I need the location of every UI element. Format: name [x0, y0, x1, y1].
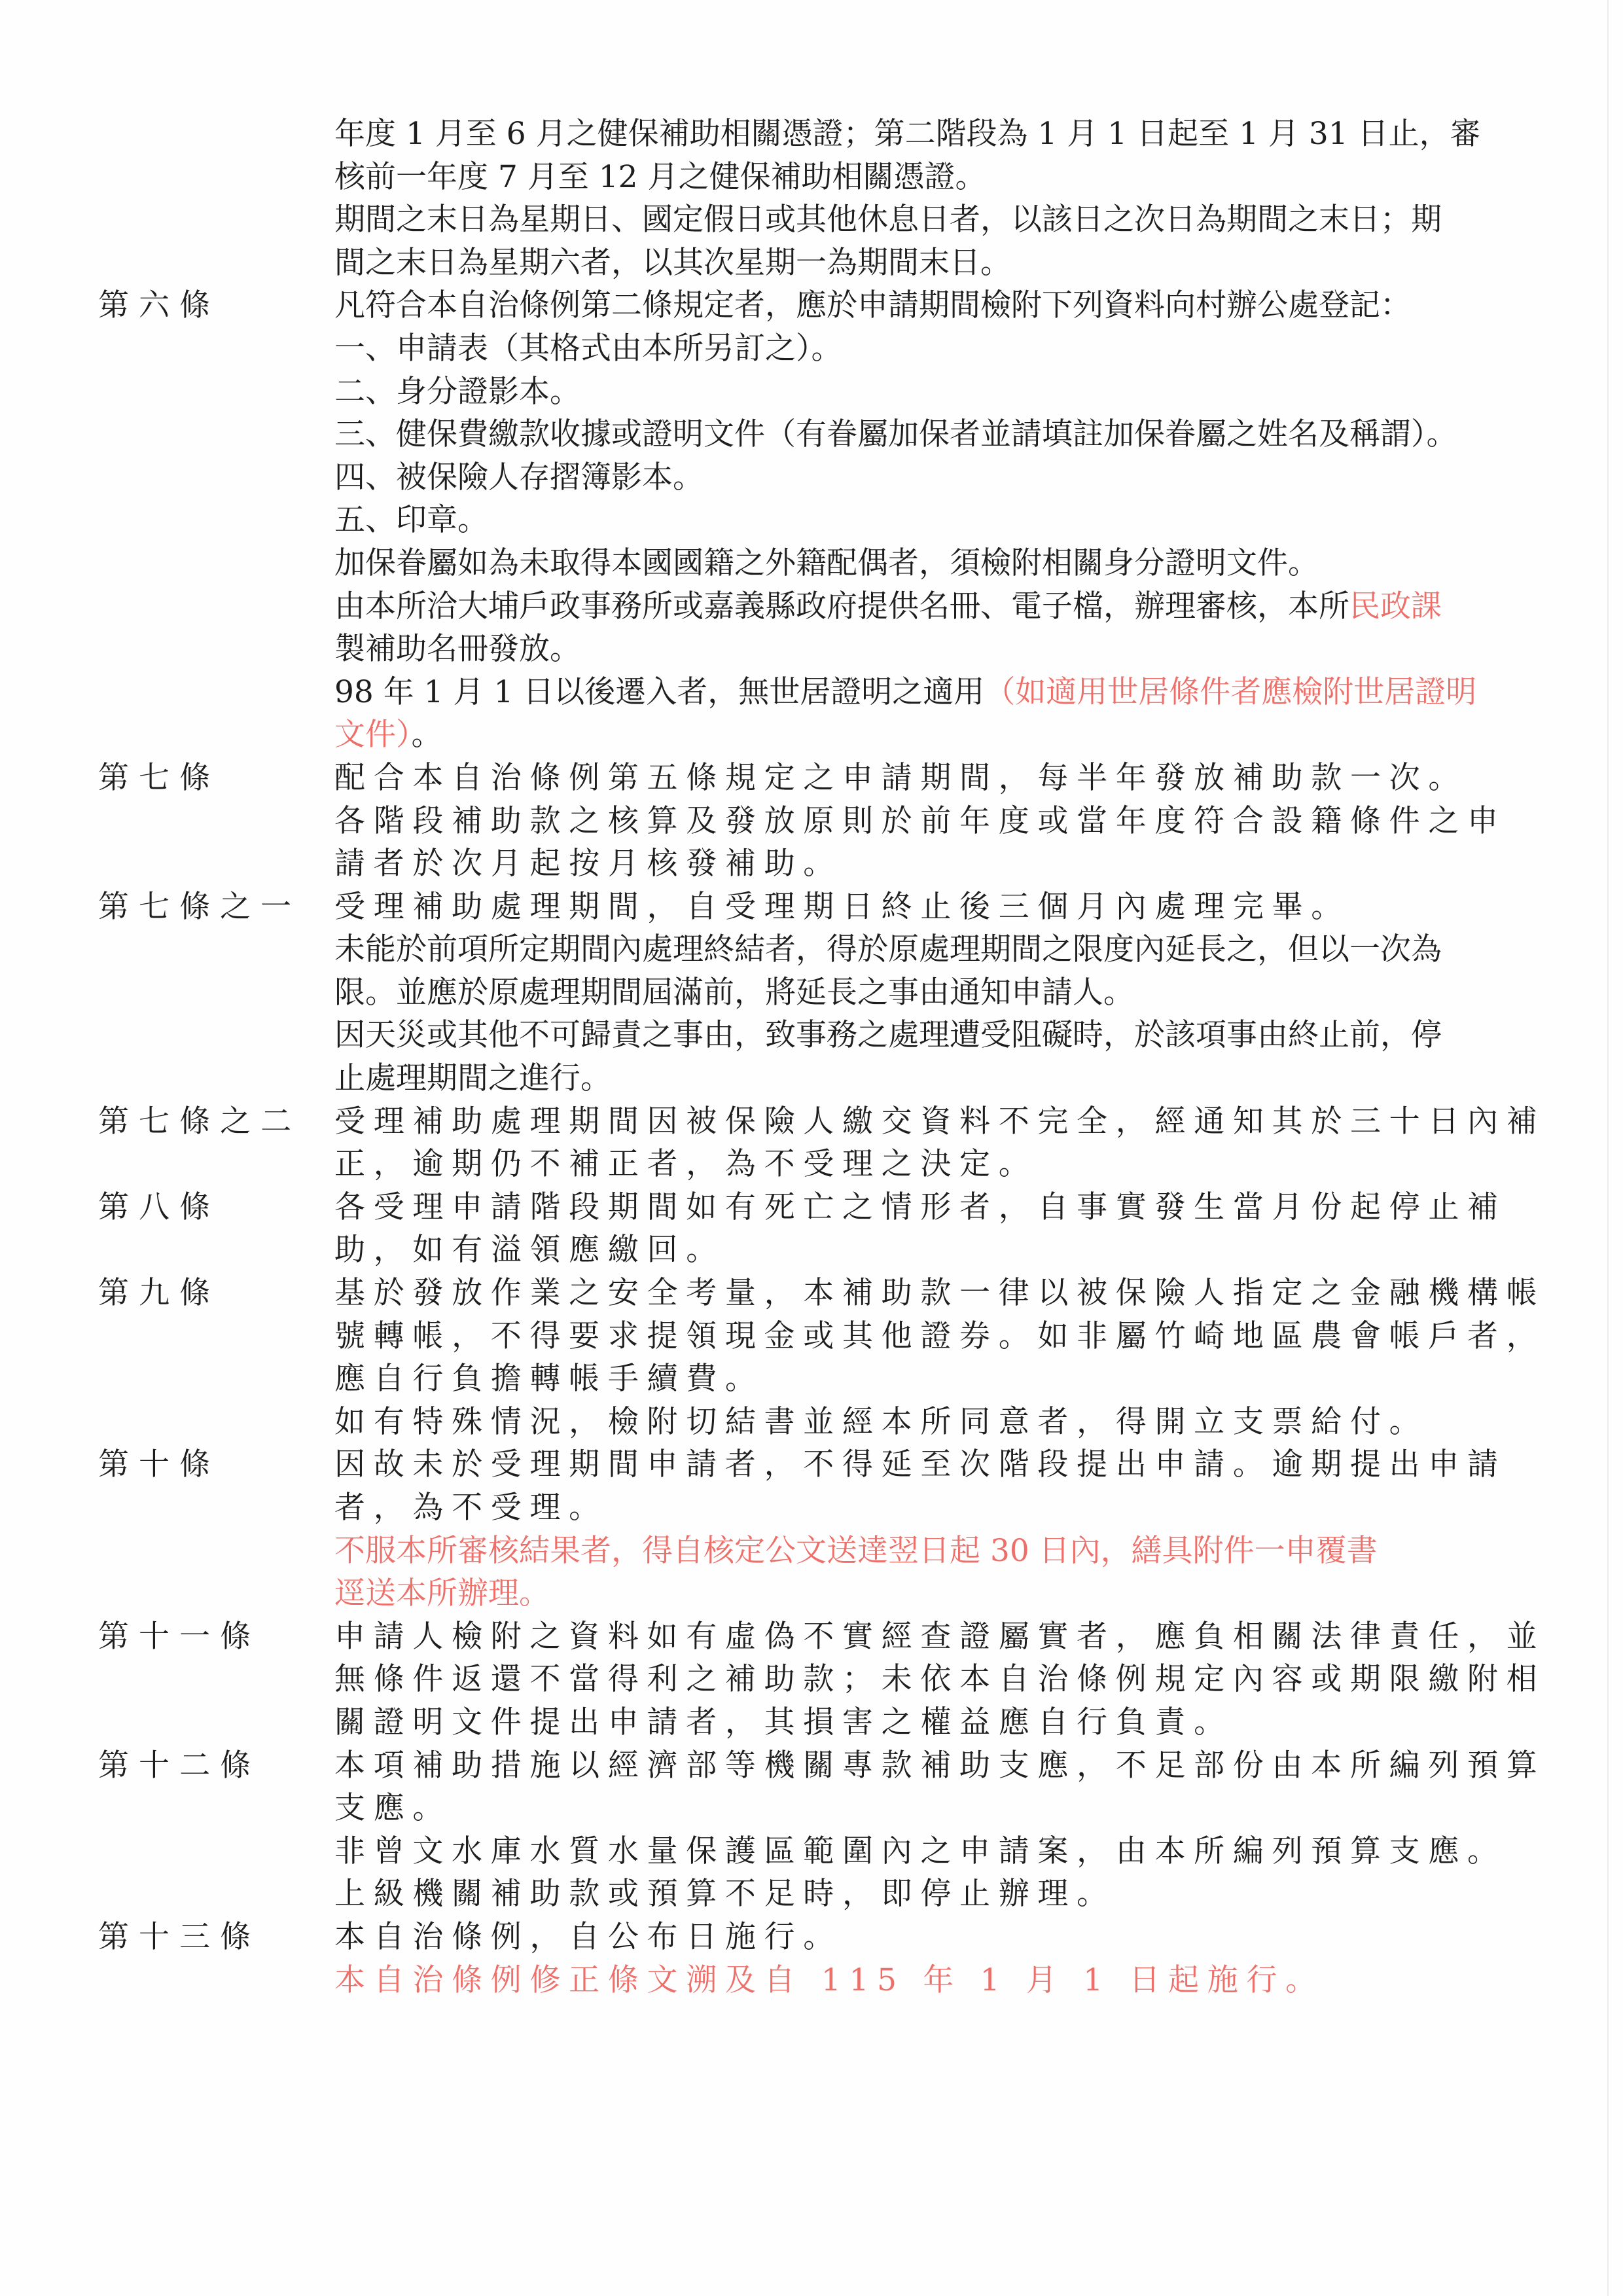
- line-text: 三、健保費繳款收據或證明文件（有眷屬加保者並請填註加保眷屬之姓名及稱謂）。: [334, 413, 1457, 456]
- line-text: 一、申請表（其格式由本所另訂之）。: [334, 327, 842, 370]
- text-line: 本自治條例修正條文溯及自 115 年 1 月 1 日起施行。: [0, 1959, 1623, 2002]
- line-text: 年度 1 月至 6 月之健保補助相關憑證；第二階段為 1 月 1 日起至 1 月…: [334, 113, 1481, 156]
- line-text: 止處理期間之進行。: [334, 1057, 611, 1100]
- amended-text-segment: 逕送本所辦理。: [334, 1575, 550, 1611]
- line-text: 申請人檢附之資料如有虛偽不實經查證屬實者，應負相關法律責任，並: [334, 1615, 1545, 1659]
- line-text: 因故未於受理期間申請者，不得延至次階段提出申請。逾期提出申請: [334, 1443, 1507, 1486]
- line-text: 二、身分證影本。: [334, 370, 580, 414]
- text-line: 未能於前項所定期間內處理終結者，得於原處理期間之限度內延長之，但以一次為: [0, 928, 1623, 971]
- line-text: 各階段補助款之核算及發放原則於前年度或當年度符合設籍條件之申: [334, 800, 1507, 843]
- article-number: 第八條: [98, 1186, 220, 1229]
- text-line: 五、印章。: [0, 499, 1623, 542]
- text-line: 第十二條本項補助措施以經濟部等機關專款補助支應，不足部份由本所編列預算: [0, 1744, 1623, 1787]
- amended-text-segment: 本自治條例修正條文溯及自 115 年 1 月 1 日起施行。: [334, 1962, 1325, 1998]
- text-segment: 關證明文件提出申請者，其損害之權益應自行負責。: [334, 1704, 1233, 1740]
- line-text: 受理補助處理期間，自受理期日終止後三個月內處理完畢。: [334, 886, 1350, 929]
- text-line: 非曾文水庫水質水量保護區範圍內之申請案，由本所編列預算支應。: [0, 1830, 1623, 1873]
- text-segment: 間之末日為星期六者，以其次星期一為期間末日。: [334, 245, 1011, 281]
- text-line: 第九條基於發放作業之安全考量，本補助款一律以被保險人指定之金融機構帳: [0, 1272, 1623, 1315]
- text-line: 年度 1 月至 6 月之健保補助相關憑證；第二階段為 1 月 1 日起至 1 月…: [0, 113, 1623, 156]
- line-text: 請者於次月起按月核發補助。: [334, 842, 842, 886]
- article-number: 第九條: [98, 1272, 220, 1315]
- amended-text-segment: 不服本所審核結果者，得自核定公文送達翌日起 30 日內，繕具附件一申覆書: [334, 1533, 1378, 1569]
- line-text: 受理補助處理期間因被保險人繳交資料不完全，經通知其於三十日內補: [334, 1100, 1545, 1143]
- line-text: 支應。: [334, 1787, 452, 1830]
- text-line: 止處理期間之進行。: [0, 1057, 1623, 1100]
- line-text: 正，逾期仍不補正者，為不受理之決定。: [334, 1143, 1037, 1186]
- amended-text-segment: 文件）: [334, 717, 412, 753]
- text-line: 第十三條本自治條例，自公布日施行。: [0, 1916, 1623, 1959]
- article-number: 第十一條: [98, 1615, 260, 1659]
- text-segment: 助，如有溢領應繳回。: [334, 1232, 725, 1268]
- text-segment: 因故未於受理期間申請者，不得延至次階段提出申請。逾期提出申請: [334, 1446, 1507, 1482]
- text-segment: 由本所洽大埔戶政事務所或嘉義縣政府提供名冊、電子檔，辦理審核，本所: [334, 588, 1349, 624]
- text-line: 間之末日為星期六者，以其次星期一為期間末日。: [0, 242, 1623, 285]
- text-segment: 各受理申請階段期間如有死亡之情形者，自事實發生當月份起停止補: [334, 1189, 1507, 1225]
- text-line: 二、身分證影本。: [0, 370, 1623, 414]
- text-line: 四、被保險人存摺簿影本。: [0, 456, 1623, 499]
- line-text: 間之末日為星期六者，以其次星期一為期間末日。: [334, 242, 1011, 285]
- amended-text-segment: 民政課: [1349, 588, 1442, 624]
- text-line: 期間之末日為星期日、國定假日或其他休息日者，以該日之次日為期間之末日；期: [0, 198, 1623, 242]
- text-segment: 本項補助措施以經濟部等機關專款補助支應，不足部份由本所編列預算: [334, 1748, 1545, 1784]
- text-segment: 如有特殊情況，檢附切結書並經本所同意者，得開立支票給付。: [334, 1404, 1428, 1440]
- text-line: 不服本所審核結果者，得自核定公文送達翌日起 30 日內，繕具附件一申覆書: [0, 1530, 1623, 1573]
- line-text: 限。並應於原處理期間屆滿前，將延長之事由通知申請人。: [334, 971, 1134, 1014]
- article-number: 第六條: [98, 284, 220, 327]
- text-segment: 無條件返還不當得利之補助款；未依本自治條例規定內容或期限繳附相: [334, 1661, 1545, 1697]
- article-number: 第十條: [98, 1443, 220, 1486]
- text-segment: 期間之末日為星期日、國定假日或其他休息日者，以該日之次日為期間之末日；期: [334, 202, 1442, 238]
- text-segment: 未能於前項所定期間內處理終結者，得於原處理期間之限度內延長之，但以一次為: [334, 931, 1442, 967]
- text-segment: 非曾文水庫水質水量保護區範圍內之申請案，由本所編列預算支應。: [334, 1833, 1507, 1869]
- text-segment: 請者於次月起按月核發補助。: [334, 846, 842, 882]
- text-line: 逕送本所辦理。: [0, 1572, 1623, 1615]
- text-segment: 因天災或其他不可歸責之事由，致事務之處理遭受阻礙時，於該項事由終止前，停: [334, 1017, 1442, 1053]
- text-line: 助，如有溢領應繳回。: [0, 1229, 1623, 1272]
- line-text: 本自治條例，自公布日施行。: [334, 1916, 842, 1959]
- text-segment: 98 年 1 月 1 日以後遷入者，無世居證明之適用: [334, 674, 984, 710]
- text-line: 第十一條申請人檢附之資料如有虛偽不實經查證屬實者，應負相關法律責任，並: [0, 1615, 1623, 1659]
- line-text: 凡符合本自治條例第二條規定者，應於申請期間檢附下列資料向村辦公處登記：: [334, 284, 1411, 327]
- line-text: 不服本所審核結果者，得自核定公文送達翌日起 30 日內，繕具附件一申覆書: [334, 1530, 1378, 1573]
- text-line: 製補助名冊發放。: [0, 628, 1623, 671]
- article-number: 第七條之二: [98, 1100, 301, 1143]
- text-segment: 者，為不受理。: [334, 1490, 608, 1526]
- text-line: 核前一年度 7 月至 12 月之健保補助相關憑證。: [0, 156, 1623, 199]
- text-segment: 製補助名冊發放。: [334, 631, 580, 667]
- text-line: 第六條凡符合本自治條例第二條規定者，應於申請期間檢附下列資料向村辦公處登記：: [0, 284, 1623, 327]
- line-text: 配合本自治條例第五條規定之申請期間，每半年發放補助款一次。: [334, 757, 1467, 800]
- line-text: 無條件返還不當得利之補助款；未依本自治條例規定內容或期限繳附相: [334, 1658, 1545, 1701]
- line-text: 各受理申請階段期間如有死亡之情形者，自事實發生當月份起停止補: [334, 1186, 1507, 1229]
- line-text: 98 年 1 月 1 日以後遷入者，無世居證明之適用（如適用世居條件者應檢附世居…: [334, 671, 1476, 714]
- line-text: 四、被保險人存摺簿影本。: [334, 456, 704, 499]
- text-line: 者，為不受理。: [0, 1486, 1623, 1530]
- text-segment: 支應。: [334, 1790, 452, 1826]
- text-segment: 各階段補助款之核算及發放原則於前年度或當年度符合設籍條件之申: [334, 803, 1507, 839]
- text-segment: 正，逾期仍不補正者，為不受理之決定。: [334, 1146, 1037, 1182]
- text-line: 上級機關補助款或預算不足時，即停止辦理。: [0, 1873, 1623, 1916]
- line-text: 本自治條例修正條文溯及自 115 年 1 月 1 日起施行。: [334, 1959, 1325, 2002]
- text-segment: 上級機關補助款或預算不足時，即停止辦理。: [334, 1876, 1116, 1912]
- text-line: 正，逾期仍不補正者，為不受理之決定。: [0, 1143, 1623, 1186]
- text-line: 號轉帳，不得要求提領現金或其他證券。如非屬竹崎地區農會帳戶者，: [0, 1315, 1623, 1358]
- line-text: 文件）。: [334, 713, 442, 757]
- text-segment: 本自治條例，自公布日施行。: [334, 1919, 842, 1955]
- text-segment: 核前一年度 7 月至 12 月之健保補助相關憑證。: [334, 159, 986, 195]
- line-text: 應自行負擔轉帳手續費。: [334, 1357, 764, 1401]
- text-segment: 基於發放作業之安全考量，本補助款一律以被保險人指定之金融機構帳: [334, 1275, 1545, 1311]
- text-line: 第七條配合本自治條例第五條規定之申請期間，每半年發放補助款一次。: [0, 757, 1623, 800]
- text-line: 無條件返還不當得利之補助款；未依本自治條例規定內容或期限繳附相: [0, 1658, 1623, 1701]
- text-segment: 申請人檢附之資料如有虛偽不實經查證屬實者，應負相關法律責任，並: [334, 1619, 1545, 1655]
- line-text: 核前一年度 7 月至 12 月之健保補助相關憑證。: [334, 156, 986, 199]
- text-line: 第七條之二受理補助處理期間因被保險人繳交資料不完全，經通知其於三十日內補: [0, 1100, 1623, 1143]
- line-text: 上級機關補助款或預算不足時，即停止辦理。: [334, 1873, 1116, 1916]
- line-text: 助，如有溢領應繳回。: [334, 1229, 725, 1272]
- text-segment: 五、印章。: [334, 502, 488, 538]
- text-line: 支應。: [0, 1787, 1623, 1830]
- text-line: 因天災或其他不可歸責之事由，致事務之處理遭受阻礙時，於該項事由終止前，停: [0, 1014, 1623, 1057]
- text-line: 限。並應於原處理期間屆滿前，將延長之事由通知申請人。: [0, 971, 1623, 1014]
- line-text: 製補助名冊發放。: [334, 628, 580, 671]
- text-line: 一、申請表（其格式由本所另訂之）。: [0, 327, 1623, 370]
- line-text: 非曾文水庫水質水量保護區範圍內之申請案，由本所編列預算支應。: [334, 1830, 1507, 1873]
- line-text: 期間之末日為星期日、國定假日或其他休息日者，以該日之次日為期間之末日；期: [334, 198, 1442, 242]
- line-text: 未能於前項所定期間內處理終結者，得於原處理期間之限度內延長之，但以一次為: [334, 928, 1442, 971]
- text-line: 第七條之一受理補助處理期間，自受理期日終止後三個月內處理完畢。: [0, 886, 1623, 929]
- text-segment: 號轉帳，不得要求提領現金或其他證券。如非屬竹崎地區農會帳戶者，: [334, 1318, 1545, 1354]
- line-text: 本項補助措施以經濟部等機關專款補助支應，不足部份由本所編列預算: [334, 1744, 1545, 1787]
- text-line: 請者於次月起按月核發補助。: [0, 842, 1623, 886]
- text-line: 98 年 1 月 1 日以後遷入者，無世居證明之適用（如適用世居條件者應檢附世居…: [0, 671, 1623, 714]
- article-number: 第七條: [98, 757, 220, 800]
- line-text: 逕送本所辦理。: [334, 1572, 550, 1615]
- line-text: 因天災或其他不可歸責之事由，致事務之處理遭受阻礙時，於該項事由終止前，停: [334, 1014, 1442, 1057]
- text-segment: 受理補助處理期間因被保險人繳交資料不完全，經通知其於三十日內補: [334, 1103, 1545, 1139]
- article-number: 第十二條: [98, 1744, 260, 1787]
- document-body: 年度 1 月至 6 月之健保補助相關憑證；第二階段為 1 月 1 日起至 1 月…: [0, 113, 1623, 2001]
- text-line: 第八條各受理申請階段期間如有死亡之情形者，自事實發生當月份起停止補: [0, 1186, 1623, 1229]
- text-segment: 限。並應於原處理期間屆滿前，將延長之事由通知申請人。: [334, 975, 1134, 1011]
- text-segment: 加保眷屬如為未取得本國國籍之外籍配偶者，須檢附相關身分證明文件。: [334, 545, 1319, 581]
- line-text: 由本所洽大埔戶政事務所或嘉義縣政府提供名冊、電子檔，辦理審核，本所民政課: [334, 585, 1442, 628]
- text-segment: 二、身分證影本。: [334, 374, 580, 410]
- line-text: 號轉帳，不得要求提領現金或其他證券。如非屬竹崎地區農會帳戶者，: [334, 1315, 1545, 1358]
- text-segment: 三、健保費繳款收據或證明文件（有眷屬加保者並請填註加保眷屬之姓名及稱謂）。: [334, 416, 1457, 452]
- text-segment: 。: [412, 717, 442, 753]
- line-text: 加保眷屬如為未取得本國國籍之外籍配偶者，須檢附相關身分證明文件。: [334, 542, 1319, 585]
- text-line: 各階段補助款之核算及發放原則於前年度或當年度符合設籍條件之申: [0, 800, 1623, 843]
- document-page: 年度 1 月至 6 月之健保補助相關憑證；第二階段為 1 月 1 日起至 1 月…: [0, 0, 1623, 2296]
- text-line: 加保眷屬如為未取得本國國籍之外籍配偶者，須檢附相關身分證明文件。: [0, 542, 1623, 585]
- text-segment: 凡符合本自治條例第二條規定者，應於申請期間檢附下列資料向村辦公處登記：: [334, 287, 1411, 323]
- text-segment: 受理補助處理期間，自受理期日終止後三個月內處理完畢。: [334, 889, 1350, 925]
- text-line: 文件）。: [0, 713, 1623, 757]
- text-line: 應自行負擔轉帳手續費。: [0, 1357, 1623, 1401]
- line-text: 五、印章。: [334, 499, 488, 542]
- text-line: 由本所洽大埔戶政事務所或嘉義縣政府提供名冊、電子檔，辦理審核，本所民政課: [0, 585, 1623, 628]
- text-line: 如有特殊情況，檢附切結書並經本所同意者，得開立支票給付。: [0, 1401, 1623, 1444]
- text-segment: 年度 1 月至 6 月之健保補助相關憑證；第二階段為 1 月 1 日起至 1 月…: [334, 116, 1481, 152]
- line-text: 關證明文件提出申請者，其損害之權益應自行負責。: [334, 1701, 1233, 1744]
- line-text: 者，為不受理。: [334, 1486, 608, 1530]
- text-line: 第十條因故未於受理期間申請者，不得延至次階段提出申請。逾期提出申請: [0, 1443, 1623, 1486]
- text-line: 三、健保費繳款收據或證明文件（有眷屬加保者並請填註加保眷屬之姓名及稱謂）。: [0, 413, 1623, 456]
- text-line: 關證明文件提出申請者，其損害之權益應自行負責。: [0, 1701, 1623, 1744]
- text-segment: 止處理期間之進行。: [334, 1060, 611, 1096]
- amended-text-segment: （如適用世居條件者應檢附世居證明: [984, 674, 1476, 710]
- text-segment: 四、被保險人存摺簿影本。: [334, 459, 704, 495]
- text-segment: 應自行負擔轉帳手續費。: [334, 1361, 764, 1397]
- article-number: 第七條之一: [98, 886, 301, 929]
- text-segment: 配合本自治條例第五條規定之申請期間，每半年發放補助款一次。: [334, 760, 1467, 796]
- line-text: 如有特殊情況，檢附切結書並經本所同意者，得開立支票給付。: [334, 1401, 1428, 1444]
- line-text: 基於發放作業之安全考量，本補助款一律以被保險人指定之金融機構帳: [334, 1272, 1545, 1315]
- article-number: 第十三條: [98, 1916, 260, 1959]
- text-segment: 一、申請表（其格式由本所另訂之）。: [334, 331, 842, 367]
